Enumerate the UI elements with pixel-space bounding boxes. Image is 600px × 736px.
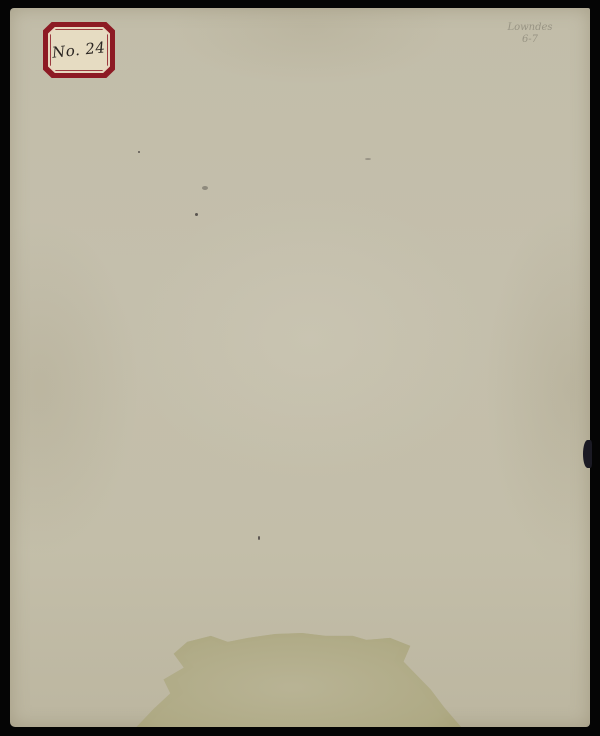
water-stain	[123, 628, 461, 727]
pencil-notation: Lowndes 6-7	[480, 22, 580, 46]
ink-speck	[258, 536, 260, 540]
ink-speck	[195, 213, 198, 216]
pencil-notation-line2: 6-7	[480, 34, 580, 46]
label-inner-border: No. 24	[48, 27, 110, 73]
pencil-notation-line1: Lowndes	[480, 22, 580, 34]
document-cover: No. 24 Lowndes 6-7	[10, 8, 590, 727]
binding-tab	[583, 440, 592, 468]
ink-speck	[202, 186, 208, 190]
label-number: No. 24	[51, 38, 106, 61]
ink-speck	[138, 151, 140, 153]
label-face: No. 24	[50, 29, 108, 71]
catalog-label: No. 24	[43, 22, 115, 78]
ink-speck	[365, 158, 371, 160]
